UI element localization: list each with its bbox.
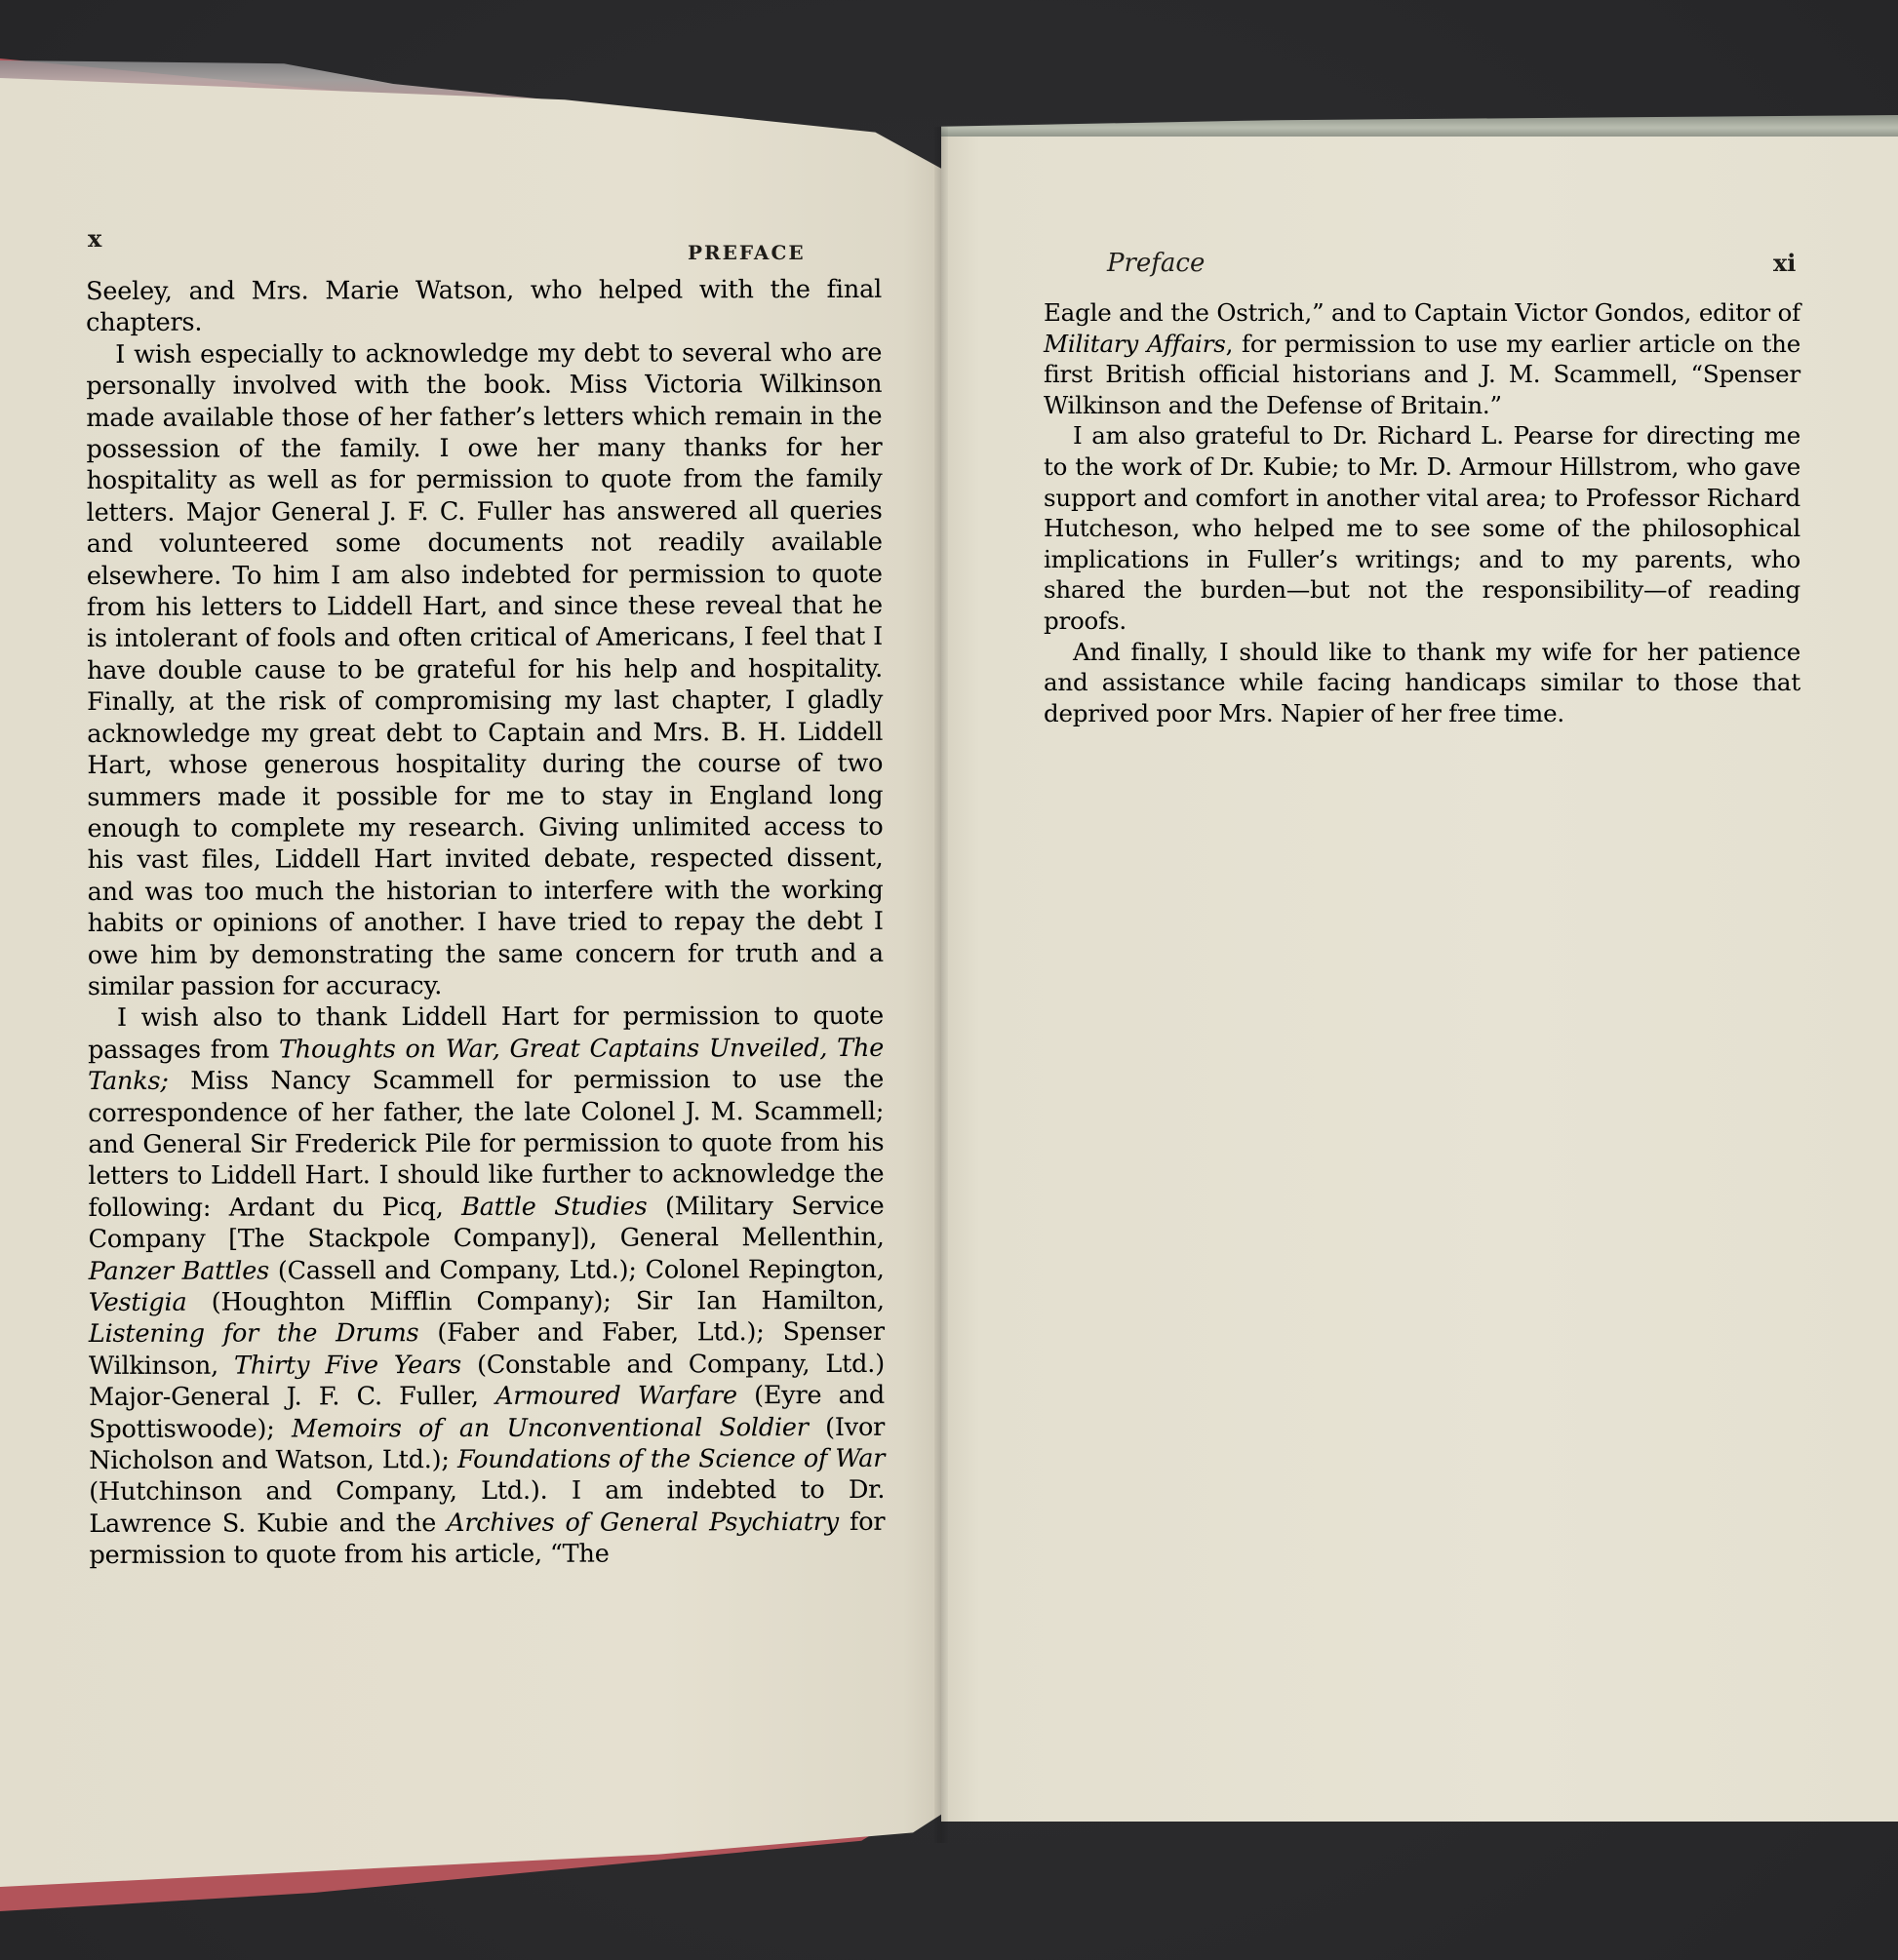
page-number-left: x [88,224,101,253]
running-head-right: Preface [1107,249,1205,278]
page-number-right: xi [1773,249,1796,277]
text-run: And finally, I should like to thank my w… [1044,638,1800,727]
paragraph: I wish also to thank Liddell Hart for pe… [88,1000,886,1571]
italic-title: Vestigia [89,1288,187,1317]
paragraph: I wish especially to acknowledge my debt… [86,337,884,1003]
right-page-body: Eagle and the Ostrich,” and to Captain V… [1044,297,1800,728]
italic-title: Military Affairs [1044,330,1226,358]
paragraph: I am also grateful to Dr. Richard L. Pea… [1044,420,1800,636]
italic-title: Memoirs of an Unconventional Soldier [292,1413,809,1443]
paragraph: Eagle and the Ostrich,” and to Captain V… [1044,297,1800,420]
text-run: I am also grateful to Dr. Richard L. Pea… [1044,421,1800,635]
italic-title: Armoured Warfare [495,1381,737,1411]
italic-title: Archives of General Psychiatry [447,1508,839,1538]
paragraph: Seeley, and Mrs. Marie Watson, who helpe… [86,274,882,339]
italic-title: Thirty Five Years [234,1351,461,1381]
italic-title: Panzer Battles [89,1256,269,1285]
italic-title: Battle Studies [461,1192,647,1221]
text-run: (Cassell and Company, Ltd.); Colonel Rep… [269,1254,885,1285]
italic-title: Foundations of the Science of War [457,1444,885,1474]
text-run: (Houghton Mifflin Company); Sir Ian Hami… [186,1286,884,1317]
paragraph: And finally, I should like to thank my w… [1044,637,1800,729]
book-gutter [934,127,948,1843]
text-run: Eagle and the Ostrich,” and to Captain V… [1044,298,1800,327]
left-page-body: Seeley, and Mrs. Marie Watson, who helpe… [86,274,885,1572]
text-run: I wish especially to acknowledge my debt… [86,338,884,1001]
running-head-left: PREFACE [688,241,806,264]
italic-title: Listening for the Drums [89,1319,419,1350]
text-run: Seeley, and Mrs. Marie Watson, who helpe… [86,275,882,338]
